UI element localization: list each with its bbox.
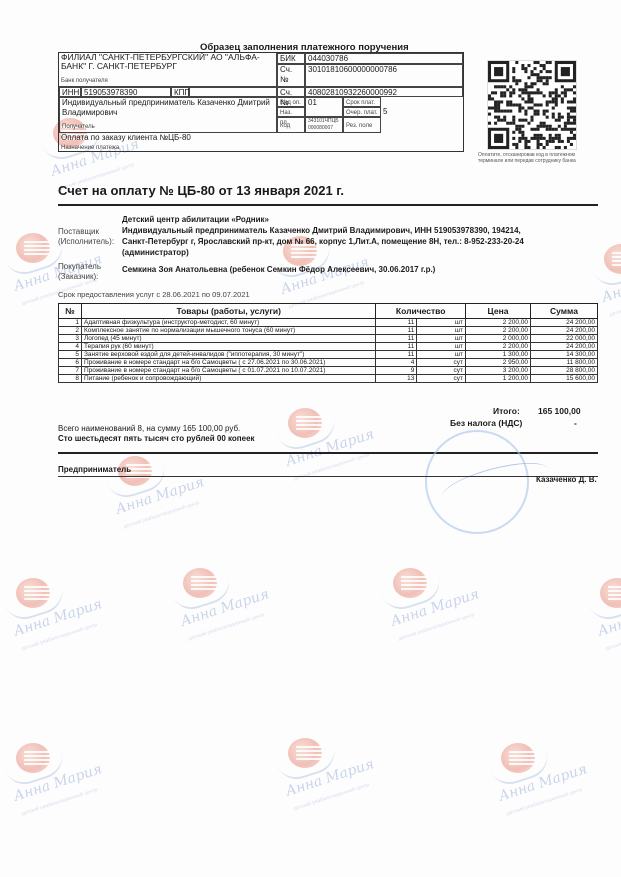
row-price: 2 000,00 (466, 335, 531, 343)
table-row: 1Адаптивная физкультура (инструктор-мето… (59, 319, 598, 327)
row-name: Адаптивная физкультура (инструктор-метод… (82, 319, 376, 327)
logo-tagline: детский реабилитационный центр (123, 500, 200, 530)
inn-value: 519053978390 (81, 87, 171, 97)
row-number: 1 (59, 319, 82, 327)
invoice-title: Счет на оплату № ЦБ-80 от 13 января 2021… (58, 183, 344, 198)
logo-stripes (509, 751, 535, 767)
logo-ball-icon (16, 743, 50, 773)
purpose-label: Назначение платежа (61, 143, 461, 153)
logo-stripes (296, 746, 322, 762)
bik-value: 044030786 (305, 53, 463, 64)
logo-script: Анна Мария (497, 761, 589, 805)
logo-tagline: детский реабилитационный центр (605, 622, 621, 652)
account-label: Сч. № (277, 87, 305, 97)
supplier-line: Санкт-Петербург г, Ярославский пр-кт, до… (122, 236, 602, 247)
corr-account-value: 30101810600000000786 (305, 64, 463, 87)
supplier-line: Детский центр абилитации «Родник» (122, 214, 602, 225)
logo-ball-icon (604, 244, 621, 274)
code-value: 343101ЧПЦБ 000080007 (305, 117, 343, 133)
buyer-label: Покупатель (Заказчик): (58, 262, 101, 282)
row-quantity: 11 (376, 335, 417, 343)
logo-ball-icon (288, 408, 322, 438)
logo-tagline: детский реабилитационный центр (188, 612, 265, 642)
account-value: 40802810932260000992 (305, 87, 463, 97)
inn-label: ИНН (59, 87, 81, 97)
total-value: 165 100,00 (538, 406, 581, 416)
logo-ball-icon (393, 568, 427, 598)
logo-stripes (191, 576, 217, 592)
buyer-value: Семкина Зоя Анатольевна (ребенок Семкин … (122, 264, 435, 275)
row-price: 2 200,00 (466, 343, 531, 351)
logo-ball-icon (183, 568, 217, 598)
logo-stripes (608, 586, 621, 602)
watermark-logo: Анна Мариядетский реабилитационный центр (0, 735, 88, 815)
row-quantity: 11 (376, 351, 417, 359)
logo-swoosh (588, 585, 621, 624)
op-type-value: 01 (305, 97, 343, 117)
supplier-line: (администратор) (122, 247, 602, 258)
row-price: 1 200,00 (466, 375, 531, 383)
pay-purpose-label: Наз. пл. (277, 107, 305, 117)
items-table: № Товары (работы, услуги) Количество Цен… (58, 303, 598, 383)
row-name: Проживание в номере стандарт на б/о Само… (82, 367, 376, 375)
logo-swoosh (276, 415, 340, 454)
row-name: Питание (ребенок и сопровождающий) (82, 375, 376, 383)
row-name: Терапия рук (60 минут) (82, 343, 376, 351)
table-header-row: № Товары (работы, услуги) Количество Цен… (59, 304, 598, 319)
col-goods: Товары (работы, услуги) (82, 304, 376, 319)
vat-label: Без налога (НДС) (450, 418, 522, 428)
row-sum: 24 200,00 (531, 327, 598, 335)
bik-label: БИК (277, 53, 305, 64)
row-quantity: 4 (376, 359, 417, 367)
kpp-value (189, 87, 277, 97)
row-name: Логопед (45 минут) (82, 335, 376, 343)
logo-script: Анна Мария (596, 596, 621, 640)
purpose-value: Оплата по заказу клиента №ЦБ-80 (61, 133, 461, 143)
logo-swoosh (171, 575, 235, 614)
res-label: Рез. поле (343, 117, 381, 133)
purpose-cell: Оплата по заказу клиента №ЦБ-80 Назначен… (59, 133, 463, 151)
qr-code (487, 60, 577, 150)
signer-name: Казаченко Д. В. (536, 475, 597, 484)
signature-line (58, 476, 598, 477)
logo-swoosh (276, 745, 340, 784)
logo-tagline: детский реабилитационный центр (398, 612, 475, 642)
buyer-label-line: Покупатель (58, 262, 101, 272)
pay-term-value (381, 97, 463, 107)
row-unit: сут (417, 375, 466, 383)
row-price: 2 950,00 (466, 359, 531, 367)
row-number: 3 (59, 335, 82, 343)
watermark-logo: Анна Мариядетский реабилитационный центр (582, 570, 621, 650)
logo-ball-icon (16, 578, 50, 608)
row-name: Занятие верховой ездой для детей-инвалид… (82, 351, 376, 359)
table-row: 7Проживание в номере стандарт на б/о Сам… (59, 367, 598, 375)
row-number: 8 (59, 375, 82, 383)
logo-stripes (612, 252, 621, 268)
table-row: 2Комплексное занятие по нормализации мыш… (59, 327, 598, 335)
logo-stripes (24, 751, 50, 767)
supplier-details: Детский центр абилитации «Родник» Индиви… (122, 214, 602, 258)
logo-ball-icon (288, 738, 322, 768)
row-unit: сут (417, 367, 466, 375)
logo-script: Анна Мария (12, 761, 104, 805)
total-label: Итого: (493, 406, 520, 416)
row-unit: шт (417, 335, 466, 343)
logo-ball-icon (16, 233, 50, 263)
supplier-label-line: (Исполнитель): (58, 237, 114, 247)
col-price: Цена (466, 304, 531, 319)
row-sum: 22 000,00 (531, 335, 598, 343)
watermark-logo: Анна Мариядетский реабилитационный центр (165, 560, 255, 640)
logo-stripes (296, 416, 322, 432)
row-number: 6 (59, 359, 82, 367)
row-sum: 14 300,00 (531, 351, 598, 359)
recipient-label: Получатель (62, 122, 95, 132)
recipient-name: Индивидуальный предприниматель Казаченко… (62, 98, 274, 118)
row-unit: шт (417, 343, 466, 351)
col-number: № (59, 304, 82, 319)
amount-in-words: Сто шестьдесят пять тысяч сто рублей 00 … (58, 434, 255, 443)
logo-script: Анна Мария (114, 474, 206, 518)
supplier-label-line: Поставщик (58, 227, 114, 237)
col-sum: Сумма (531, 304, 598, 319)
logo-script: Анна Мария (600, 262, 621, 306)
row-number: 7 (59, 367, 82, 375)
table-row: 4Терапия рук (60 минут)11шт2 200,0024 20… (59, 343, 598, 351)
row-quantity: 13 (376, 375, 417, 383)
row-price: 2 200,00 (466, 319, 531, 327)
row-number: 2 (59, 327, 82, 335)
logo-stripes (24, 241, 50, 257)
watermark-logo: Анна Мариядетский реабилитационный центр (483, 735, 573, 815)
pay-term-label: Срок плат. (343, 97, 381, 107)
logo-tagline: детский реабилитационный центр (21, 787, 98, 817)
logo-swoosh (4, 585, 68, 624)
order-label: Очер. плат. (343, 107, 381, 117)
bank-name: ФИЛИАЛ "САНКТ-ПЕТЕРБУРГСКИЙ" АО "АЛЬФА-Б… (61, 53, 274, 71)
title-divider (58, 204, 598, 206)
logo-swoosh (381, 575, 445, 614)
logo-script: Анна Мария (389, 586, 481, 630)
logo-script: Анна Мария (284, 756, 376, 800)
op-type-label: Вид оп. (277, 97, 305, 107)
table-row: 3Логопед (45 минут)11шт2 000,0022 000,00 (59, 335, 598, 343)
kpp-label: КПП (171, 87, 189, 97)
table-row: 5Занятие верховой ездой для детей-инвали… (59, 351, 598, 359)
items-summary: Всего наименований 8, на сумму 165 100,0… (58, 424, 240, 433)
service-period: Срок предоставления услуг с 28.06.2021 п… (58, 290, 250, 300)
row-unit: шт (417, 327, 466, 335)
row-number: 5 (59, 351, 82, 359)
row-sum: 11 800,00 (531, 359, 598, 367)
logo-script: Анна Мария (12, 596, 104, 640)
supplier-label: Поставщик (Исполнитель): (58, 227, 114, 247)
row-unit: шт (417, 351, 466, 359)
recipient-cell: Индивидуальный предприниматель Казаченко… (59, 97, 277, 133)
logo-tagline: детский реабилитационный центр (293, 782, 370, 812)
logo-ball-icon (501, 743, 535, 773)
row-name: Комплексное занятие по нормализации мыше… (82, 327, 376, 335)
row-quantity: 11 (376, 327, 417, 335)
logo-tagline: детский реабилитационный центр (609, 288, 621, 318)
logo-script: Анна Мария (284, 426, 376, 470)
logo-tagline: детский реабилитационный центр (21, 622, 98, 652)
row-number: 4 (59, 343, 82, 351)
logo-script: Анна Мария (279, 254, 371, 298)
watermark-logo: Анна Мариядетский реабилитационный центр (375, 560, 465, 640)
row-sum: 28 800,00 (531, 367, 598, 375)
row-price: 2 200,00 (466, 327, 531, 335)
row-quantity: 9 (376, 367, 417, 375)
watermark-logo: Анна Мариядетский реабилитационный центр (270, 400, 360, 480)
watermark-logo: Анна Мариядетский реабилитационный центр (100, 448, 190, 528)
logo-script: Анна Мария (179, 586, 271, 630)
logo-ball-icon (600, 578, 621, 608)
col-quantity: Количество (376, 304, 466, 319)
table-row: 6Проживание в номере стандарт на б/о Сам… (59, 359, 598, 367)
logo-swoosh (4, 750, 68, 789)
logo-stripes (401, 576, 427, 592)
row-quantity: 11 (376, 319, 417, 327)
qr-note: Оплатите, отсканировав код в платежном т… (478, 152, 588, 164)
logo-tagline: детский реабилитационный центр (506, 787, 583, 817)
signer-role: Предприниматель (58, 465, 131, 474)
buyer-label-line: (Заказчик): (58, 272, 101, 282)
row-sum: 24 200,00 (531, 319, 598, 327)
row-name: Проживание в номере стандарт на б/о Само… (82, 359, 376, 367)
table-row: 8Питание (ребенок и сопровождающий)13сут… (59, 375, 598, 383)
row-price: 3 200,00 (466, 367, 531, 375)
payment-order-form: ФИЛИАЛ "САНКТ-ПЕТЕРБУРГСКИЙ" АО "АЛЬФА-Б… (58, 52, 464, 152)
logo-tagline: детский реабилитационный центр (293, 452, 370, 482)
row-price: 1 300,00 (466, 351, 531, 359)
corr-account-label: Сч. № (277, 64, 305, 87)
row-unit: сут (417, 359, 466, 367)
watermark-logo: Анна Мариядетский реабилитационный центр (270, 730, 360, 810)
logo-stripes (24, 586, 50, 602)
watermark-logo: Анна Мариядетский реабилитационный центр (0, 570, 88, 650)
row-sum: 15 600,00 (531, 375, 598, 383)
bank-label: Банк получателя (61, 76, 108, 86)
vat-value: - (574, 418, 577, 428)
order-value: 5 (381, 107, 401, 117)
bank-cell: ФИЛИАЛ "САНКТ-ПЕТЕРБУРГСКИЙ" АО "АЛЬФА-Б… (59, 53, 277, 87)
row-quantity: 11 (376, 343, 417, 351)
code-label: Код (277, 117, 305, 133)
logo-swoosh (489, 750, 553, 789)
supplier-line: Индивидуальный предприниматель Казаченко… (122, 225, 602, 236)
row-unit: шт (417, 319, 466, 327)
row-sum: 24 200,00 (531, 343, 598, 351)
